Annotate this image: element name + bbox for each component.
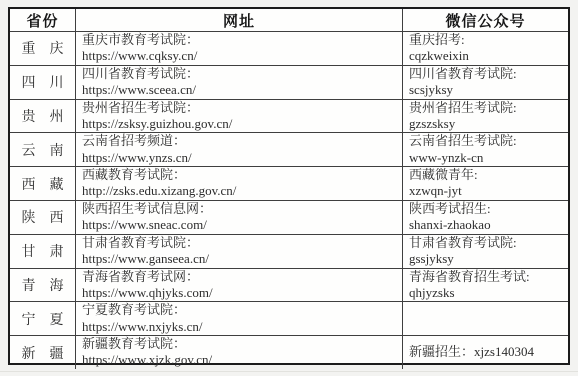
table-row-yunnan: 云 南 云南省招考频道： https://www.ynzs.cn/ 云南省招生考… xyxy=(10,133,568,167)
table-row-gansu: 甘 肃 甘肃省教育考试院： https://www.ganseea.cn/ 甘肃… xyxy=(10,235,568,269)
website-url: https://www.xjzk.gov.cn/ xyxy=(82,352,398,368)
scan-artifact-line xyxy=(0,371,578,372)
website-name: 西藏教育考试院： xyxy=(82,167,398,183)
website-name: 重庆市教育考试院： xyxy=(82,32,398,48)
province-cell: 贵 州 xyxy=(10,100,76,133)
website-name: 四川省教育考试院： xyxy=(82,66,398,82)
website-name: 贵州省招生考试院： xyxy=(82,100,398,116)
wechat-name: 云南省招生考试院: xyxy=(409,133,564,149)
province-cell: 重 庆 xyxy=(10,32,76,65)
table-row-qinghai: 青 海 青海省教育考试网： https://www.qhjyks.com/ 青海… xyxy=(10,269,568,303)
wechat-id: cqzkweixin xyxy=(409,48,564,64)
website-cell: 宁夏教育考试院： https://www.nxjyks.cn/ xyxy=(76,302,403,335)
page: { "table": { "headers": { "province": "省… xyxy=(0,0,578,376)
province-cell: 青 海 xyxy=(10,269,76,302)
website-cell: 四川省教育考试院： https://www.sceea.cn/ xyxy=(76,66,403,99)
table-row-shaanxi: 陕 西 陕西招生考试信息网： https://www.sneac.com/ 陕西… xyxy=(10,201,568,235)
wechat-cell: 贵州省招生考试院: gzszsksy xyxy=(403,100,568,133)
province-exam-contact-table: 省份 网址 微信公众号 重 庆 重庆市教育考试院： https://www.cq… xyxy=(8,7,570,365)
wechat-name: 新疆招生：xjzs140304 xyxy=(409,344,564,360)
province-cell: 宁 夏 xyxy=(10,302,76,335)
wechat-name: 陕西考试招生: xyxy=(409,201,564,217)
header-province: 省份 xyxy=(10,9,76,31)
website-cell: 新疆教育考试院： https://www.xjzk.gov.cn/ xyxy=(76,336,403,369)
website-url: https://www.ganseea.cn/ xyxy=(82,251,398,267)
website-url: https://www.sceea.cn/ xyxy=(82,82,398,98)
website-name: 陕西招生考试信息网： xyxy=(82,201,398,217)
table-row-xinjiang: 新 疆 新疆教育考试院： https://www.xjzk.gov.cn/ 新疆… xyxy=(10,336,568,369)
wechat-cell: 重庆招考: cqzkweixin xyxy=(403,32,568,65)
wechat-cell: 陕西考试招生: shanxi-zhaokao xyxy=(403,201,568,234)
wechat-name: 青海省教育招生考试: xyxy=(409,269,564,285)
website-cell: 西藏教育考试院： http://zsks.edu.xizang.gov.cn/ xyxy=(76,167,403,200)
province-cell: 西 藏 xyxy=(10,167,76,200)
wechat-cell: 甘肃省教育考试院: gssjyksy xyxy=(403,235,568,268)
header-website: 网址 xyxy=(76,9,403,31)
website-name: 甘肃省教育考试院： xyxy=(82,235,398,251)
wechat-cell: 青海省教育招生考试: qhjyzsks xyxy=(403,269,568,302)
website-url: https://www.qhjyks.com/ xyxy=(82,285,398,301)
province-cell: 四 川 xyxy=(10,66,76,99)
wechat-id: qhjyzsks xyxy=(409,285,564,301)
website-url: https://www.nxjyks.cn/ xyxy=(82,319,398,335)
province-cell: 云 南 xyxy=(10,133,76,166)
province-cell: 甘 肃 xyxy=(10,235,76,268)
wechat-cell: 新疆招生：xjzs140304 xyxy=(403,336,568,369)
table-row-sichuan: 四 川 四川省教育考试院： https://www.sceea.cn/ 四川省教… xyxy=(10,66,568,100)
website-name: 宁夏教育考试院： xyxy=(82,302,398,318)
table-row-guizhou: 贵 州 贵州省招生考试院： https://zsksy.guizhou.gov.… xyxy=(10,100,568,134)
wechat-cell: 西藏微青年: xzwqn-jyt xyxy=(403,167,568,200)
wechat-cell xyxy=(403,302,568,335)
website-cell: 陕西招生考试信息网： https://www.sneac.com/ xyxy=(76,201,403,234)
wechat-id: scsjyksy xyxy=(409,82,564,98)
website-cell: 甘肃省教育考试院： https://www.ganseea.cn/ xyxy=(76,235,403,268)
website-url: https://www.ynzs.cn/ xyxy=(82,150,398,166)
wechat-id: shanxi-zhaokao xyxy=(409,217,564,233)
wechat-cell: 云南省招生考试院: www-ynzk-cn xyxy=(403,133,568,166)
wechat-id: gssjyksy xyxy=(409,251,564,267)
website-cell: 青海省教育考试网： https://www.qhjyks.com/ xyxy=(76,269,403,302)
website-cell: 贵州省招生考试院： https://zsksy.guizhou.gov.cn/ xyxy=(76,100,403,133)
province-cell: 陕 西 xyxy=(10,201,76,234)
website-url: http://zsks.edu.xizang.gov.cn/ xyxy=(82,183,398,199)
website-cell: 重庆市教育考试院： https://www.cqksy.cn/ xyxy=(76,32,403,65)
wechat-cell: 四川省教育考试院: scsjyksy xyxy=(403,66,568,99)
website-name: 云南省招考频道： xyxy=(82,133,398,149)
website-cell: 云南省招考频道： https://www.ynzs.cn/ xyxy=(76,133,403,166)
website-url: https://www.sneac.com/ xyxy=(82,217,398,233)
wechat-name: 西藏微青年: xyxy=(409,167,564,183)
province-cell: 新 疆 xyxy=(10,336,76,369)
wechat-name: 贵州省招生考试院: xyxy=(409,100,564,116)
wechat-id: xzwqn-jyt xyxy=(409,183,564,199)
table-row-ningxia: 宁 夏 宁夏教育考试院： https://www.nxjyks.cn/ xyxy=(10,302,568,336)
wechat-name: 重庆招考: xyxy=(409,32,564,48)
website-name: 新疆教育考试院： xyxy=(82,336,398,352)
table-row-chongqing: 重 庆 重庆市教育考试院： https://www.cqksy.cn/ 重庆招考… xyxy=(10,32,568,66)
wechat-id: gzszsksy xyxy=(409,116,564,132)
website-name: 青海省教育考试网： xyxy=(82,269,398,285)
table-row-xizang: 西 藏 西藏教育考试院： http://zsks.edu.xizang.gov.… xyxy=(10,167,568,201)
wechat-name: 四川省教育考试院: xyxy=(409,66,564,82)
wechat-id: www-ynzk-cn xyxy=(409,150,564,166)
header-wechat: 微信公众号 xyxy=(403,9,568,31)
wechat-name: 甘肃省教育考试院: xyxy=(409,235,564,251)
website-url: https://www.cqksy.cn/ xyxy=(82,48,398,64)
website-url: https://zsksy.guizhou.gov.cn/ xyxy=(82,116,398,132)
table-header-row: 省份 网址 微信公众号 xyxy=(10,9,568,32)
